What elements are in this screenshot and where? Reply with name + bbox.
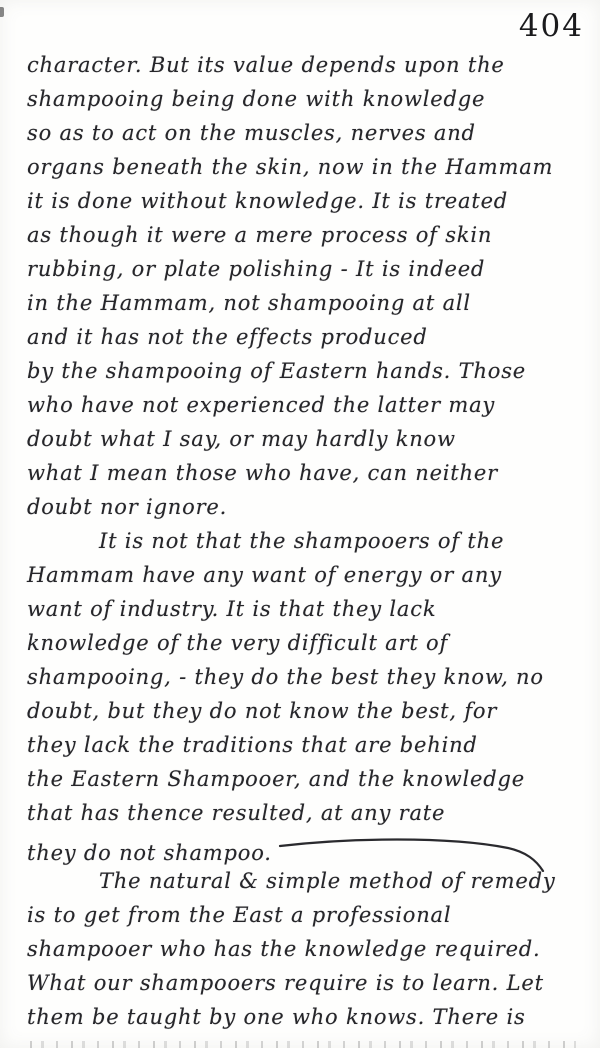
manuscript-line: rubbing, or plate polishing - It is inde… (27, 252, 592, 286)
page-number: 404 (519, 8, 584, 44)
manuscript-line: is to get from the East a professional (27, 898, 592, 932)
handwritten-text-block: character. But its value depends upon th… (27, 48, 592, 1034)
manuscript-line: by the shampooing of Eastern hands. Thos… (27, 354, 592, 388)
manuscript-line: so as to act on the muscles, nerves and (27, 116, 592, 150)
manuscript-page: 404 character. But its value depends upo… (0, 0, 600, 1048)
manuscript-line: shampooer who has the knowledge required… (27, 932, 592, 966)
manuscript-line: they lack the traditions that are behind (27, 728, 592, 762)
scan-edge-speck (0, 7, 4, 17)
manuscript-line: who have not experienced the latter may (27, 388, 592, 422)
manuscript-line: knowledge of the very difficult art of (27, 626, 592, 660)
manuscript-line: organs beneath the skin, now in the Hamm… (27, 150, 592, 184)
manuscript-line: and it has not the effects produced (27, 320, 592, 354)
manuscript-line-paragraph-start: It is not that the shampooers of the (27, 524, 592, 558)
manuscript-line: as though it were a mere process of skin (27, 218, 592, 252)
manuscript-line: What our shampooers require is to learn.… (27, 966, 592, 1000)
manuscript-line: doubt what I say, or may hardly know (27, 422, 592, 456)
manuscript-line: doubt nor ignore. (27, 490, 592, 524)
manuscript-line: in the Hammam, not shampooing at all (27, 286, 592, 320)
manuscript-line: them be taught by one who knows. There i… (27, 1000, 592, 1034)
manuscript-line: Hammam have any want of energy or any (27, 558, 592, 592)
manuscript-line: character. But its value depends upon th… (27, 48, 592, 82)
manuscript-line: shampooing, - they do the best they know… (27, 660, 592, 694)
manuscript-line: they do not shampoo. (27, 830, 592, 864)
manuscript-line: the Eastern Shampooer, and the knowledge (27, 762, 592, 796)
clipped-text-line (30, 1041, 576, 1048)
manuscript-line: what I mean those who have, can neither (27, 456, 592, 490)
manuscript-line: it is done without knowledge. It is trea… (27, 184, 592, 218)
manuscript-line-paragraph-start: The natural & simple method of remedy (27, 864, 592, 898)
manuscript-line: that has thence resulted, at any rate (27, 796, 592, 830)
manuscript-line: doubt, but they do not know the best, fo… (27, 694, 592, 728)
line-text: they do not shampoo. (27, 841, 272, 865)
manuscript-line: shampooing being done with knowledge (27, 82, 592, 116)
manuscript-line: want of industry. It is that they lack (27, 592, 592, 626)
